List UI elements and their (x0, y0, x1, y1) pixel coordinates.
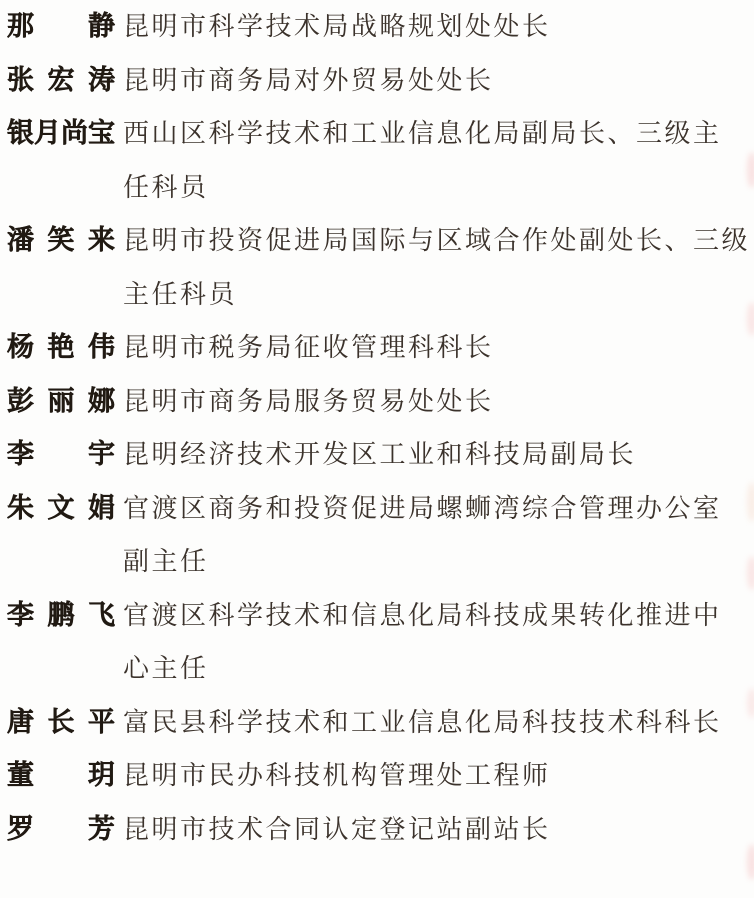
person-position: 官渡区科学技术和信息化局科技成果转化推进中 心主任 (123, 589, 722, 696)
person-name: 李 宇 (7, 428, 115, 482)
person-name: 唐长平 (7, 696, 115, 750)
roster-entry: 张宏涛昆明市商务局对外贸易处处长 (7, 54, 754, 108)
person-position: 昆明市税务局征收管理科科长 (123, 321, 494, 375)
roster-entry: 那 静昆明市科学技术局战略规划处处长 (7, 0, 754, 54)
roster-entry: 潘笑来昆明市投资促进局国际与区域合作处副处长、三级 主任科员 (7, 214, 754, 321)
person-name: 彭丽娜 (7, 375, 115, 429)
person-position: 昆明市投资促进局国际与区域合作处副处长、三级 主任科员 (123, 214, 750, 321)
person-position: 昆明市商务局服务贸易处处长 (123, 375, 494, 429)
person-name: 杨艳伟 (7, 321, 115, 375)
person-position: 官渡区商务和投资促进局螺蛳湾综合管理办公室 副主任 (123, 482, 722, 589)
person-name: 李鹏飞 (7, 589, 115, 643)
personnel-roster: 那 静昆明市科学技术局战略规划处处长张宏涛昆明市商务局对外贸易处处长银月尚宝西山… (7, 0, 754, 856)
person-position: 昆明市科学技术局战略规划处处长 (123, 0, 551, 54)
person-position: 昆明市商务局对外贸易处处长 (123, 54, 494, 108)
person-position: 西山区科学技术和工业信息化局副局长、三级主 任科员 (123, 107, 722, 214)
roster-entry: 银月尚宝西山区科学技术和工业信息化局副局长、三级主 任科员 (7, 107, 754, 214)
person-name: 罗 芳 (7, 803, 115, 857)
roster-entry: 朱文娟官渡区商务和投资促进局螺蛳湾综合管理办公室 副主任 (7, 482, 754, 589)
roster-entry: 李 宇昆明经济技术开发区工业和科技局副局长 (7, 428, 754, 482)
document-page: 那 静昆明市科学技术局战略规划处处长张宏涛昆明市商务局对外贸易处处长银月尚宝西山… (0, 0, 754, 898)
person-name: 银月尚宝 (7, 107, 115, 161)
person-position: 富民县科学技术和工业信息化局科技技术科科长 (123, 696, 722, 750)
roster-entry: 彭丽娜昆明市商务局服务贸易处处长 (7, 375, 754, 429)
person-name: 潘笑来 (7, 214, 115, 268)
roster-entry: 罗 芳昆明市技术合同认定登记站副站长 (7, 803, 754, 857)
roster-entry: 董 玥昆明市民办科技机构管理处工程师 (7, 749, 754, 803)
person-position: 昆明市技术合同认定登记站副站长 (123, 803, 551, 857)
person-name: 朱文娟 (7, 482, 115, 536)
roster-entry: 李鹏飞官渡区科学技术和信息化局科技成果转化推进中 心主任 (7, 589, 754, 696)
person-position: 昆明经济技术开发区工业和科技局副局长 (123, 428, 636, 482)
person-position: 昆明市民办科技机构管理处工程师 (123, 749, 551, 803)
roster-entry: 唐长平富民县科学技术和工业信息化局科技技术科科长 (7, 696, 754, 750)
person-name: 那 静 (7, 0, 115, 54)
person-name: 董 玥 (7, 749, 115, 803)
roster-entry: 杨艳伟昆明市税务局征收管理科科长 (7, 321, 754, 375)
person-name: 张宏涛 (7, 54, 115, 108)
